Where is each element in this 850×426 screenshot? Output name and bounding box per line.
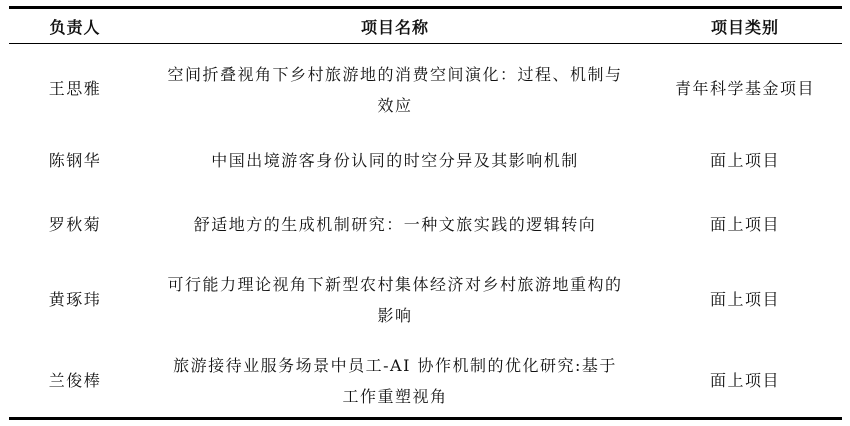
leader-cell: 王思雅 <box>20 74 130 104</box>
leader-cell: 兰俊棒 <box>20 366 130 396</box>
header-project-category: 项目类别 <box>650 13 840 43</box>
project-title-line: 效应 <box>140 90 650 121</box>
table-top-rule <box>9 6 842 9</box>
project-title-line: 工作重塑视角 <box>140 381 650 412</box>
category-cell: 面上项目 <box>650 285 840 315</box>
project-title-line: 影响 <box>140 300 650 331</box>
project-title-cell: 中国出境游客身份认同的时空分异及其影响机制 <box>140 146 650 176</box>
table-bottom-rule <box>9 417 842 420</box>
header-leader: 负责人 <box>20 13 130 43</box>
category-cell: 面上项目 <box>650 146 840 176</box>
table-header-rule <box>9 43 842 44</box>
category-cell: 面上项目 <box>650 366 840 396</box>
project-title-cell: 可行能力理论视角下新型农村集体经济对乡村旅游地重构的 影响 <box>140 269 650 331</box>
header-project-title: 项目名称 <box>140 13 650 43</box>
leader-cell: 陈钢华 <box>20 146 130 176</box>
project-title-cell: 空间折叠视角下乡村旅游地的消费空间演化：过程、机制与 效应 <box>140 59 650 121</box>
project-title-line: 可行能力理论视角下新型农村集体经济对乡村旅游地重构的 <box>140 269 650 300</box>
category-cell: 青年科学基金项目 <box>650 74 840 104</box>
project-title-line: 空间折叠视角下乡村旅游地的消费空间演化：过程、机制与 <box>140 59 650 90</box>
project-title-cell: 舒适地方的生成机制研究：一种文旅实践的逻辑转向 <box>140 210 650 240</box>
leader-cell: 罗秋菊 <box>20 210 130 240</box>
project-title-line: 旅游接待业服务场景中员工-AI 协作机制的优化研究:基于 <box>140 350 650 381</box>
leader-cell: 黄琢玮 <box>20 285 130 315</box>
category-cell: 面上项目 <box>650 210 840 240</box>
project-title-cell: 旅游接待业服务场景中员工-AI 协作机制的优化研究:基于 工作重塑视角 <box>140 350 650 412</box>
